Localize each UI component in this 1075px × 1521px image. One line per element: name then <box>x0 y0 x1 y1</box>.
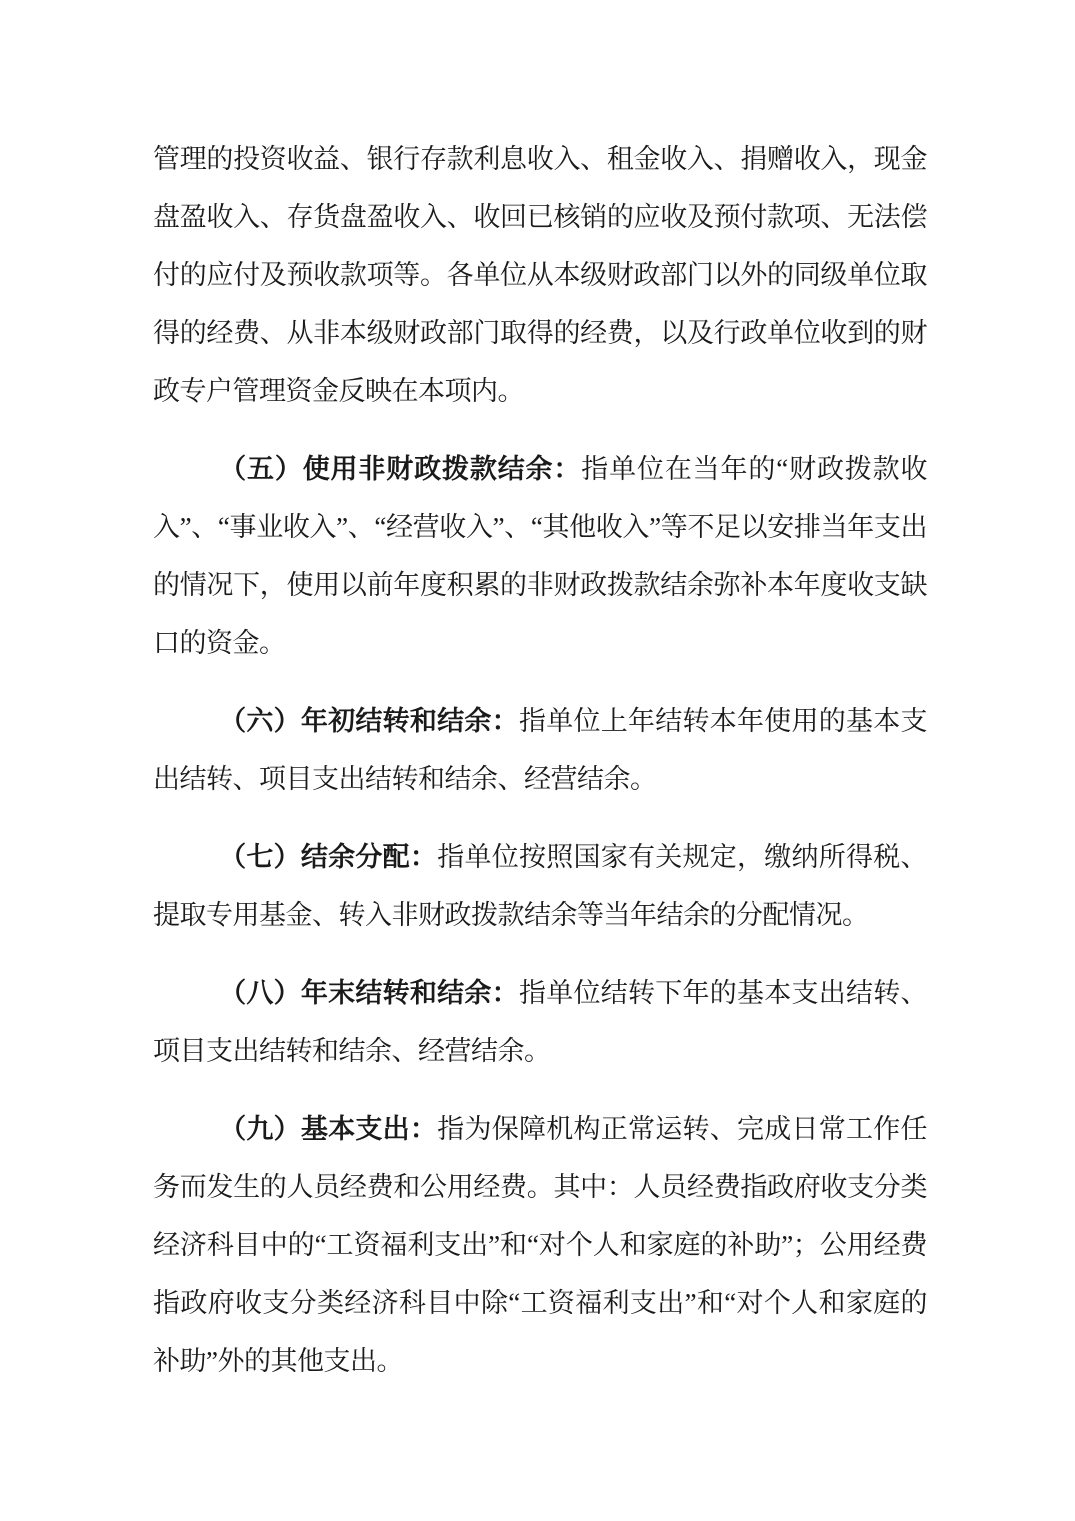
paragraph-item-eight: （八）年末结转和结余：指单位结转下年的基本支出结转、项目支出结转和结余、经营结余… <box>153 964 927 1080</box>
term-heading-surplus-distribution: （七）结余分配： <box>219 842 437 872</box>
term-definition: 指单位在当年的“财政拨款收入”、“事业收入”、“经营收入”、“其他收入”等不足以… <box>153 454 927 658</box>
term-heading-beginning-of-year-carryover-and-surplus: （六）年初结转和结余： <box>219 706 519 736</box>
paragraph-item-six: （六）年初结转和结余：指单位上年结转本年使用的基本支出结转、项目支出结转和结余、… <box>153 692 927 808</box>
paragraph-continuation: 管理的投资收益、银行存款利息收入、租金收入、捐赠收入，现金盘盈收入、存货盘盈收入… <box>153 130 927 420</box>
paragraph-item-nine: （九）基本支出：指为保障机构正常运转、完成日常工作任务而发生的人员经费和公用经费… <box>153 1100 927 1390</box>
paragraph-text: 管理的投资收益、银行存款利息收入、租金收入、捐赠收入，现金盘盈收入、存货盘盈收入… <box>153 144 927 406</box>
term-heading-year-end-carryover-and-surplus: （八）年末结转和结余： <box>219 978 519 1008</box>
paragraph-item-five: （五）使用非财政拨款结余：指单位在当年的“财政拨款收入”、“事业收入”、“经营收… <box>153 440 927 672</box>
term-definition: 指为保障机构正常运转、完成日常工作任务而发生的人员经费和公用经费。其中：人员经费… <box>153 1114 927 1376</box>
term-heading-basic-expenditure: （九）基本支出： <box>219 1114 437 1144</box>
term-heading-use-of-non-fiscal-appropriation-surplus: （五）使用非财政拨款结余： <box>219 454 581 484</box>
document-page: 管理的投资收益、银行存款利息收入、租金收入、捐赠收入，现金盘盈收入、存货盘盈收入… <box>0 0 1075 1521</box>
paragraph-item-seven: （七）结余分配：指单位按照国家有关规定，缴纳所得税、提取专用基金、转入非财政拨款… <box>153 828 927 944</box>
